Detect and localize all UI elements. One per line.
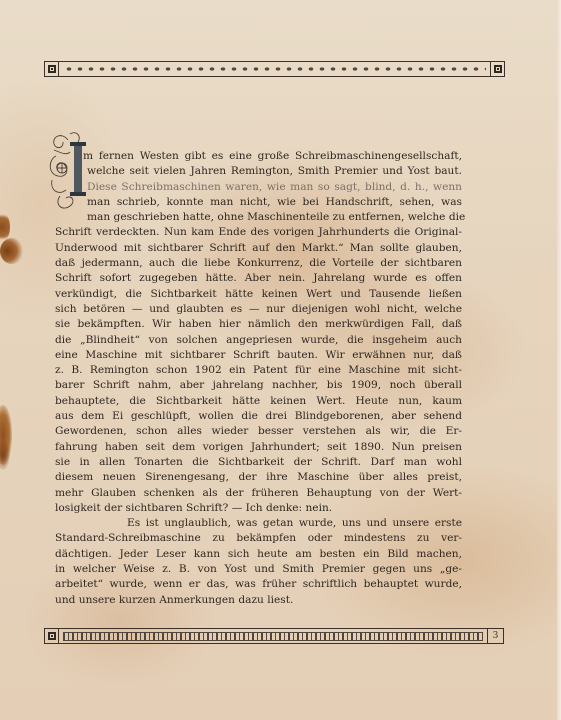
text-line: diesem neuen Sirenengesang, der ihre Mas… <box>55 470 462 485</box>
top-ornamental-border <box>44 61 505 77</box>
scroll-ornament <box>63 65 486 73</box>
text-line: welche seit vielen Jahren Remington, Smi… <box>55 164 462 179</box>
text-line: barer Schrift nahm, aber jahrelang nachh… <box>55 378 462 393</box>
stain <box>0 238 24 264</box>
page-number: 3 <box>487 629 503 643</box>
text-line: und unsere kurzen Anmerkungen dazu liest… <box>55 593 462 608</box>
text-line: sich betören — und glaubten es — nur die… <box>55 302 462 317</box>
text-line: arbeitet“ wurde, wenn er das, was früher… <box>55 577 462 592</box>
scanned-page: m fernen Westen gibt es eine große Schre… <box>0 0 561 720</box>
text-line: z. B. Remington schon 1902 ein Patent fü… <box>55 363 462 378</box>
text-line: Schrift sofort zugegeben hätte. Aber nei… <box>55 271 462 286</box>
corner-square-icon <box>490 62 504 76</box>
body-text: m fernen Westen gibt es eine große Schre… <box>55 149 462 608</box>
text-line: losigkeit der sichtbaren Schrift? — Ich … <box>55 501 462 516</box>
text-line: fahrung haben seit dem vorigen Jahrhunde… <box>55 440 462 455</box>
text-line: mehr Glauben schenken als der früheren B… <box>55 486 462 501</box>
text-line: behauptete, die Sichtbarkeit hätte keine… <box>55 394 462 409</box>
text-line: daß jedermann, auch die liebe Konkurrenz… <box>55 256 462 271</box>
text-line: Standard-Schreibmaschine zu bekämpfen od… <box>55 531 462 546</box>
text-line: aus dem Ei geschlüpft, wollen die drei B… <box>55 409 462 424</box>
text-line: verkündigt, die Sichtbarkeit hätte keine… <box>55 287 462 302</box>
greek-key-ornament <box>63 632 483 641</box>
text-line: man geschrieben hatte, ohne Maschinentei… <box>55 210 462 225</box>
text-line: man schrieb, konnte man nicht, wie bei H… <box>55 195 462 210</box>
bottom-ornamental-border: 3 <box>44 628 504 644</box>
text-line: Schrift verdeckten. Nun kam Ende des vor… <box>55 225 462 240</box>
text-line: Underwood mit sichtbarer Schrift auf den… <box>55 241 462 256</box>
text-line: Gewordenen, schon alles wieder besser ve… <box>55 424 462 439</box>
text-line: Es ist unglaublich, was getan wurde, uns… <box>55 516 462 531</box>
text-line: sie in allen Tonarten die Sichtbarkeit d… <box>55 455 462 470</box>
text-line: dächtigen. Jeder Leser kann sich heute a… <box>55 547 462 562</box>
text-line: sie bekämpften. Wir haben hier nämlich d… <box>55 317 462 332</box>
text-line: Diese Schreibmaschinen waren, wie man so… <box>55 180 462 195</box>
corner-square-icon <box>45 62 59 76</box>
page-edge <box>557 0 561 720</box>
text-line: in welcher Weise z. B. von Yost und Smit… <box>55 562 462 577</box>
text-line: m fernen Westen gibt es eine große Schre… <box>55 149 462 164</box>
text-line: die „Blindheit“ von solchen angepriesen … <box>55 333 462 348</box>
corner-square-icon <box>45 629 59 643</box>
text-line: eine Maschine mit sichtbarer Schrift bau… <box>55 348 462 363</box>
